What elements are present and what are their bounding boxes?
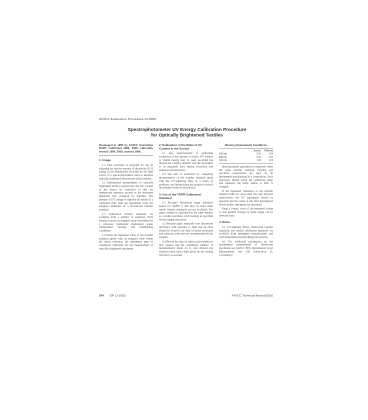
table-cell: 1.00 <box>249 159 261 162</box>
paragraph: 3.2 Because paper standards lose fluores… <box>159 223 213 240</box>
paragraph: 3.1 Pre-aged fluorescent paper standards… <box>159 202 213 222</box>
table-rule-bottom <box>219 163 273 164</box>
document-content: AATCC Evaluation Procedure 11-2005 Spect… <box>99 118 275 298</box>
section-heading-notes: 4. Notes <box>219 221 273 224</box>
table-row: 520 nm 1.00 1.00 <box>219 159 273 162</box>
paragraph: Interinstrument agreement is improved wh… <box>219 165 273 188</box>
document-page: AATCC Evaluation Procedure 11-2005 Spect… <box>99 118 277 308</box>
section-heading-tappi: 3. Use of the TAPPI Calibration Standard <box>159 193 213 200</box>
footer-manual-title: AATCC Technical Manual/2010 <box>232 295 273 298</box>
paragraph: If the measured whiteness of the transfe… <box>219 190 273 207</box>
table-title: Mercury (Instrument) Conditions <box>219 144 273 147</box>
column-right: Mercury (Instrument) Conditions Xenon Fi… <box>219 144 273 289</box>
column-left: Developed in 1982 by AATCC Committee RA3… <box>99 144 153 289</box>
title-line-2: for Optically Brightened Textiles <box>99 132 275 138</box>
paragraph: Keep a control chart of the measured val… <box>219 208 273 218</box>
paragraph: 1.2 Instrumental measurement of opticall… <box>99 182 153 212</box>
paragraph: 1.4 When the measured value of the trans… <box>99 234 153 251</box>
paragraph: 1.1 This procedure is intended for use i… <box>99 164 153 181</box>
document-title: Spectrophotometer UV Energy Calibration … <box>99 127 275 138</box>
committee-byline: Developed in 1982 by AATCC Committee RA3… <box>99 144 153 156</box>
column-middle: 2. Evaluation of the Ratio of UV Content… <box>159 144 213 289</box>
page-footer: 244 EP 11-2005 AATCC Technical Manual/20… <box>99 295 273 298</box>
table-cell: 520 nm <box>219 159 249 162</box>
table-cell: 1.00 <box>261 159 273 162</box>
footer-doc-id: EP 11-2005 <box>110 295 126 298</box>
paragraph: 1.3 Calibration transfer standards are a… <box>99 213 153 233</box>
paragraph: 2.2 The ratio is evaluated by comparing … <box>159 173 213 190</box>
paragraph: 4.2 For additional information on the in… <box>219 240 273 257</box>
paragraph: 4.1 UV-adjusting filters, fluorescent tr… <box>219 226 273 239</box>
paragraph: 3.3 Record the date on which each standa… <box>159 240 213 257</box>
text-columns: Developed in 1982 by AATCC Committee RA3… <box>99 144 275 289</box>
screenshot-canvas: AATCC Evaluation Procedure 11-2005 Spect… <box>0 0 368 420</box>
section-heading-evaluation: 2. Evaluation of the Ratio of UV Content… <box>159 144 213 151</box>
footer-page-number: 244 <box>99 295 104 298</box>
conditions-table: Mercury (Instrument) Conditions Xenon Fi… <box>219 144 273 163</box>
document-header: AATCC Evaluation Procedure 11-2005 <box>99 118 275 121</box>
section-heading-usage: 1. Usage <box>99 159 153 162</box>
paragraph: 2.1 Any Ganz-Griesser or equivalent eval… <box>159 152 213 172</box>
